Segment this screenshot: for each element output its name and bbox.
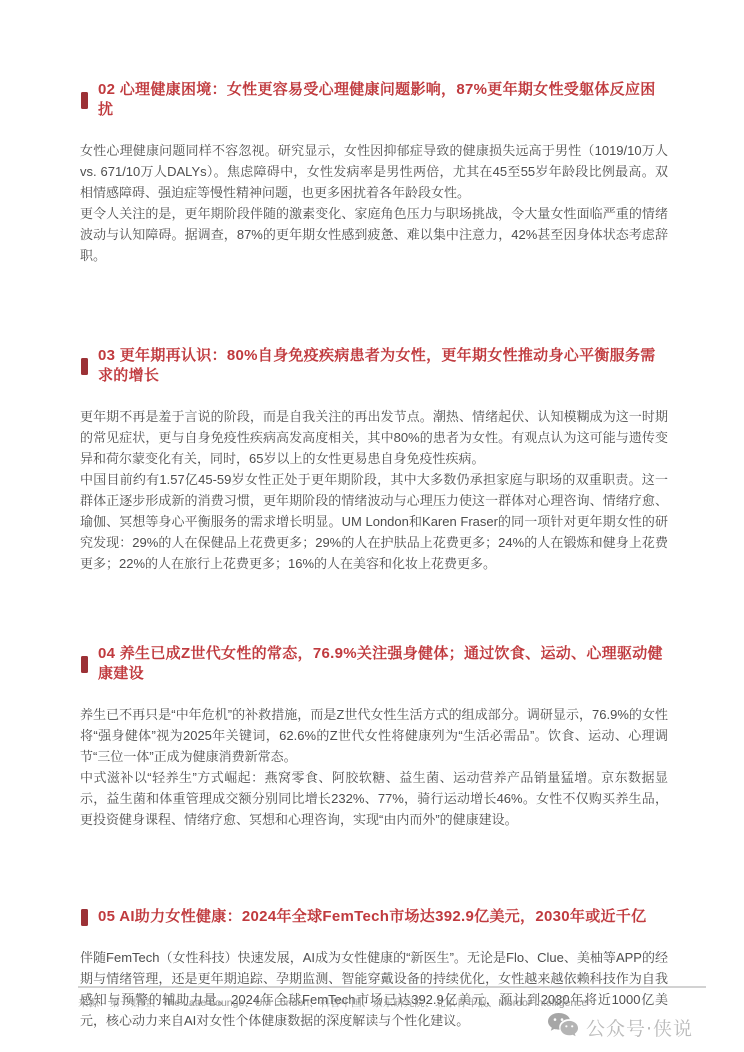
paragraph: 更令人关注的是，更年期阶段伴随的激素变化、家庭角色压力与职场挑战，令大量女性面临… bbox=[80, 203, 668, 266]
footer-divider bbox=[78, 986, 706, 988]
section-04: 04 养生已成Z世代女性的常态，76.9%关注强身健体；通过饮食、运动、心理驱动… bbox=[80, 644, 668, 830]
paragraph: 中式滋补以“轻养生”方式崛起：燕窝零食、阿胶软糖、益生菌、运动营养产品销量猛增。… bbox=[80, 767, 668, 830]
wechat-icon bbox=[546, 1012, 580, 1043]
section-02-body: 女性心理健康问题同样不容忽视。研究显示，女性因抑郁症导致的健康损失远高于男性（1… bbox=[80, 140, 668, 266]
section-03: 03 更年期再认识：80%自身免疫疾病患者为女性，更年期女性推动身心平衡服务需求… bbox=[80, 346, 668, 574]
section-05-heading-text: 05 AI助力女性健康：2024年全球FemTech市场达392.9亿美元，20… bbox=[98, 907, 646, 927]
section-gap bbox=[80, 574, 668, 644]
section-05-heading: 05 AI助力女性健康：2024年全球FemTech市场达392.9亿美元，20… bbox=[80, 907, 668, 927]
section-03-body: 更年期不再是羞于言说的阶段，而是自我关注的再出发节点。潮热、情绪起伏、认知模糊成… bbox=[80, 406, 668, 574]
brand-text: 公众号‧侠说 bbox=[586, 1014, 693, 1041]
section-gap bbox=[80, 830, 668, 907]
page-number: 17 bbox=[554, 996, 567, 1008]
section-04-heading: 04 养生已成Z世代女性的常态，76.9%关注强身健体；通过饮食、运动、心理驱动… bbox=[80, 644, 668, 684]
heading-bar-icon bbox=[81, 909, 88, 926]
report-page: 02 心理健康困境：女性更容易受心理健康问题影响，87%更年期女性受躯体反应困扰… bbox=[0, 0, 744, 1052]
section-gap bbox=[80, 266, 668, 346]
section-04-body: 养生已不再只是“中年危机”的补救措施，而是Z世代女性生活方式的组成部分。调研显示… bbox=[80, 704, 668, 830]
section-03-heading-text: 03 更年期再认识：80%自身免疫疾病患者为女性，更年期女性推动身心平衡服务需求… bbox=[98, 346, 668, 386]
paragraph: 中国目前约有1.57亿45-59岁女性正处于更年期阶段，其中大多数仍承担家庭与职… bbox=[80, 469, 668, 574]
source-note: 来源：第一财经、The Latte Lounge、UM London、科普中国、… bbox=[78, 996, 608, 1011]
paragraph: 女性心理健康问题同样不容忽视。研究显示，女性因抑郁症导致的健康损失远高于男性（1… bbox=[80, 140, 668, 203]
section-04-heading-text: 04 养生已成Z世代女性的常态，76.9%关注强身健体；通过饮食、运动、心理驱动… bbox=[98, 644, 668, 684]
paragraph: 养生已不再只是“中年危机”的补救措施，而是Z世代女性生活方式的组成部分。调研显示… bbox=[80, 704, 668, 767]
section-02-heading: 02 心理健康困境：女性更容易受心理健康问题影响，87%更年期女性受躯体反应困扰 bbox=[80, 80, 668, 120]
footer-right-block: 17 bbox=[546, 992, 706, 1043]
section-02: 02 心理健康困境：女性更容易受心理健康问题影响，87%更年期女性受躯体反应困扰… bbox=[80, 80, 668, 266]
section-02-heading-text: 02 心理健康困境：女性更容易受心理健康问题影响，87%更年期女性受躯体反应困扰 bbox=[98, 80, 668, 120]
section-03-heading: 03 更年期再认识：80%自身免疫疾病患者为女性，更年期女性推动身心平衡服务需求… bbox=[80, 346, 668, 386]
heading-bar-icon bbox=[81, 358, 88, 375]
heading-bar-icon bbox=[81, 92, 88, 109]
heading-bar-icon bbox=[81, 656, 88, 673]
page-footer: 来源：第一财经、The Latte Lounge、UM London、科普中国、… bbox=[78, 986, 706, 1011]
page-content: 02 心理健康困境：女性更容易受心理健康问题影响，87%更年期女性受躯体反应困扰… bbox=[80, 80, 668, 1031]
paragraph: 更年期不再是羞于言说的阶段，而是自我关注的再出发节点。潮热、情绪起伏、认知模糊成… bbox=[80, 406, 668, 469]
brand-logo: 公众号‧侠说 bbox=[546, 1012, 706, 1043]
